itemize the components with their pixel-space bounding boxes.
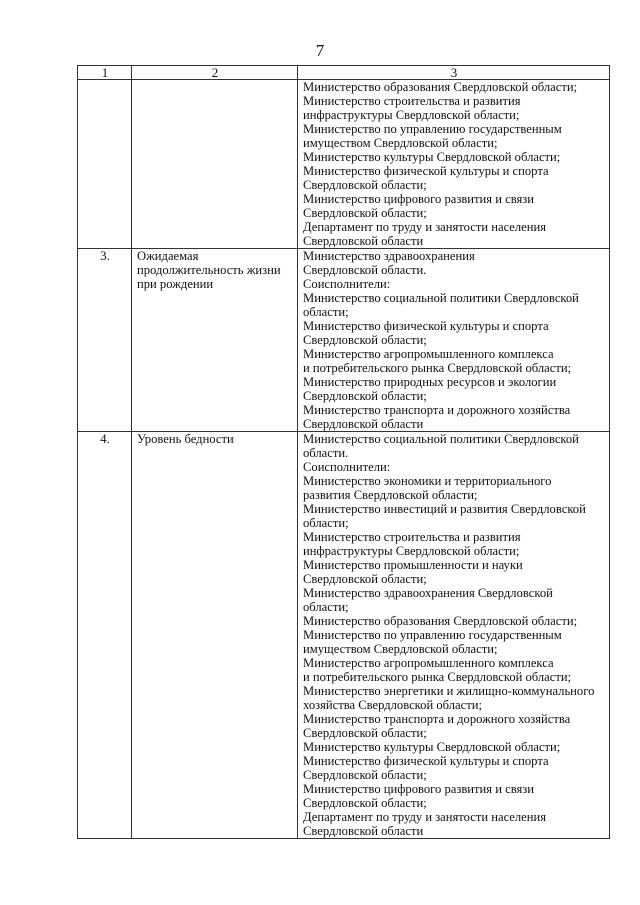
text-line: Министерство цифрового развития и связи	[303, 782, 605, 796]
text-line: области.	[303, 446, 605, 460]
text-line: Министерство по управлению государственн…	[303, 628, 605, 642]
text-line: Министерство транспорта и дорожного хозя…	[303, 712, 605, 726]
text-line: Министерство экономики и территориальног…	[303, 474, 605, 488]
table-body: Министерство образования Свердловской об…	[78, 80, 610, 839]
indicator-name: Уровень бедности	[132, 432, 298, 839]
text-line: Министерство физической культуры и спорт…	[303, 319, 605, 333]
text-line: развития Свердловской области;	[303, 488, 605, 502]
text-line: Министерство здравоохранения	[303, 249, 605, 263]
text-line: Соисполнители:	[303, 277, 605, 291]
text-line: Уровень бедности	[137, 432, 293, 446]
text-line: Свердловской области;	[303, 572, 605, 586]
column-header-3: 3	[298, 66, 610, 80]
table-header-row: 1 2 3	[78, 66, 610, 80]
row-number	[78, 80, 132, 249]
executors-table: 1 2 3 Министерство образования Свердловс…	[77, 65, 610, 839]
text-line: Министерство промышленности и науки	[303, 558, 605, 572]
column-header-1: 1	[78, 66, 132, 80]
text-line: Свердловской области;	[303, 178, 605, 192]
text-line: области;	[303, 305, 605, 319]
row-number: 3.	[78, 249, 132, 432]
indicator-name	[132, 80, 298, 249]
text-line: Министерство социальной политики Свердло…	[303, 432, 605, 446]
text-line: Свердловской области;	[303, 768, 605, 782]
text-line: Свердловской области	[303, 417, 605, 431]
executors-list: Министерство социальной политики Свердло…	[298, 432, 610, 839]
column-header-2: 2	[132, 66, 298, 80]
executors-list: Министерство образования Свердловской об…	[298, 80, 610, 249]
text-line: Министерство культуры Свердловской облас…	[303, 150, 605, 164]
text-line: области;	[303, 600, 605, 614]
text-line: Министерство образования Свердловской об…	[303, 614, 605, 628]
text-line: и потребительского рынка Свердловской об…	[303, 361, 605, 375]
text-line: Министерство физической культуры и спорт…	[303, 164, 605, 178]
text-line: Свердловской области;	[303, 206, 605, 220]
text-line: Департамент по труду и занятости населен…	[303, 220, 605, 234]
text-line: Свердловской области.	[303, 263, 605, 277]
text-line: Министерство строительства и развития	[303, 530, 605, 544]
page-number: 7	[0, 42, 640, 60]
text-line: Министерство культуры Свердловской облас…	[303, 740, 605, 754]
text-line: хозяйства Свердловской области;	[303, 698, 605, 712]
text-line: Министерство социальной политики Свердло…	[303, 291, 605, 305]
text-line: Свердловской области	[303, 824, 605, 838]
table-row: 3. Ожидаемаяпродолжительность жизнипри р…	[78, 249, 610, 432]
text-line: Свердловской области	[303, 234, 605, 248]
text-line: имуществом Свердловской области;	[303, 642, 605, 656]
text-line: продолжительность жизни	[137, 263, 293, 277]
text-line: Министерство инвестиций и развития Сверд…	[303, 502, 605, 516]
text-line: инфраструктуры Свердловской области;	[303, 108, 605, 122]
indicator-name: Ожидаемаяпродолжительность жизнипри рожд…	[132, 249, 298, 432]
text-line: Свердловской области;	[303, 726, 605, 740]
text-line: Департамент по труду и занятости населен…	[303, 810, 605, 824]
text-line: Министерство образования Свердловской об…	[303, 80, 605, 94]
text-line: Министерство по управлению государственн…	[303, 122, 605, 136]
text-line: имуществом Свердловской области;	[303, 136, 605, 150]
text-line: при рождении	[137, 277, 293, 291]
text-line: Свердловской области;	[303, 796, 605, 810]
text-line: Министерство физической культуры и спорт…	[303, 754, 605, 768]
text-line: Министерство агропромышленного комплекса	[303, 656, 605, 670]
table-row: 4. Уровень бедности Министерство социаль…	[78, 432, 610, 839]
text-line: Министерство природных ресурсов и эколог…	[303, 375, 605, 389]
text-line: Ожидаемая	[137, 249, 293, 263]
text-line: Министерство здравоохранения Свердловско…	[303, 586, 605, 600]
text-line: Министерство агропромышленного комплекса	[303, 347, 605, 361]
text-line: и потребительского рынка Свердловской об…	[303, 670, 605, 684]
text-line: Министерство транспорта и дорожного хозя…	[303, 403, 605, 417]
text-line: области;	[303, 516, 605, 530]
text-line: Соисполнители:	[303, 460, 605, 474]
text-line: Министерство энергетики и жилищно-коммун…	[303, 684, 605, 698]
row-number: 4.	[78, 432, 132, 839]
table-row: Министерство образования Свердловской об…	[78, 80, 610, 249]
executors-list: Министерство здравоохраненияСвердловской…	[298, 249, 610, 432]
text-line: Министерство цифрового развития и связи	[303, 192, 605, 206]
text-line: Свердловской области;	[303, 389, 605, 403]
text-line: Свердловской области;	[303, 333, 605, 347]
text-line: Министерство строительства и развития	[303, 94, 605, 108]
text-line: инфраструктуры Свердловской области;	[303, 544, 605, 558]
